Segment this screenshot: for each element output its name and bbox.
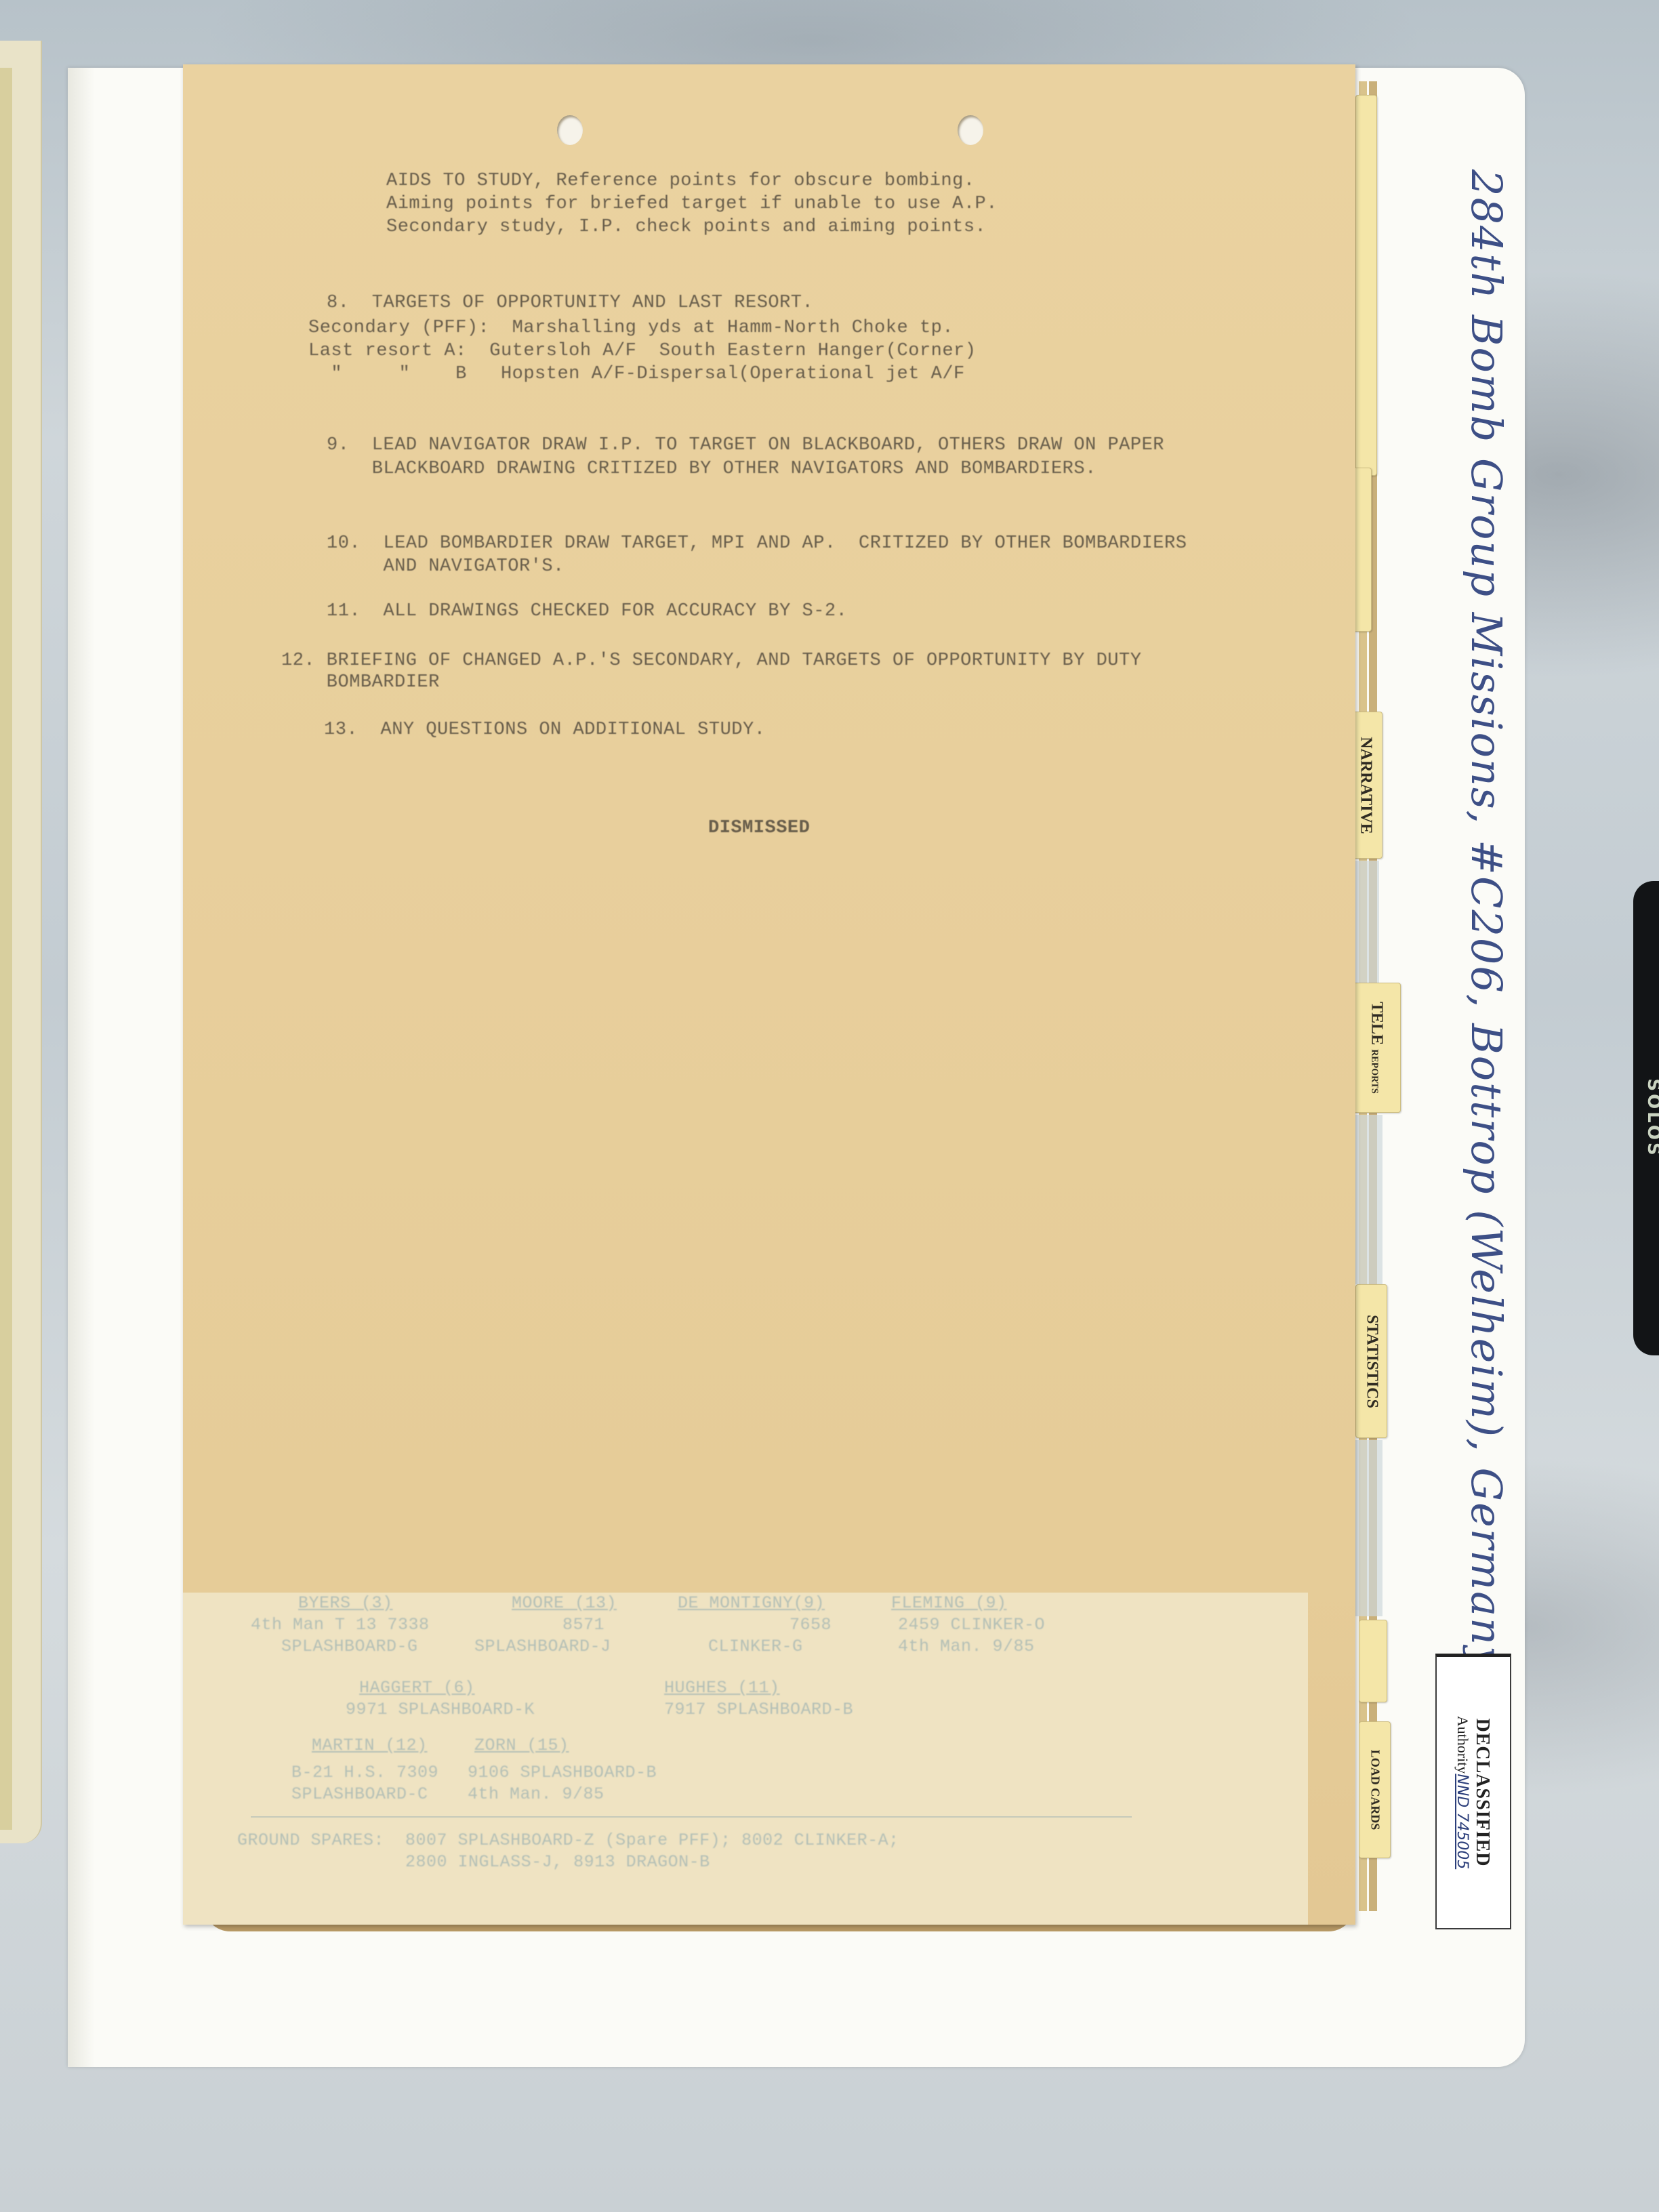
stamp-content: DECLASSIFIED AuthorityNND 745005 (1454, 1716, 1493, 1869)
punch-hole (557, 115, 583, 145)
crew-heading: MARTIN (12) (312, 1735, 428, 1757)
dismissed-text: DISMISSED (708, 817, 810, 840)
tab-label: STATISTICS (1362, 1315, 1380, 1408)
handwritten-text: 284th Bomb Group Missions, #C206, Bottro… (1462, 169, 1511, 1858)
tab-label: TELE REPORTS (1368, 1002, 1386, 1094)
crew-heading: DE MONTIGNY(9) (678, 1593, 825, 1614)
crew-line: 9971 SPLASHBOARD-K (346, 1699, 535, 1721)
handwritten-folder-label: 284th Bomb Group Missions, #C206, Bottro… (1447, 169, 1515, 1647)
aids-to-study-line: AIDS TO STUDY, Reference points for obsc… (386, 169, 975, 192)
crew-line: CLINKER-G (708, 1636, 803, 1658)
scanner-device: SOLOS (1633, 881, 1659, 1355)
folder-crease (68, 68, 95, 2067)
crew-line: B-21 H.S. 7309 (291, 1762, 438, 1784)
crew-heading: MOORE (13) (512, 1593, 617, 1614)
item-12-line: BOMBARDIER (281, 671, 440, 694)
divider-strip (1352, 1115, 1382, 1284)
item-13: 13. ANY QUESTIONS ON ADDITIONAL STUDY. (324, 718, 765, 741)
divider-rule (251, 1816, 1132, 1818)
crew-heading: FLEMING (9) (891, 1593, 1007, 1614)
tab-lower[interactable] (1359, 1620, 1387, 1702)
item-10-line: 10. LEAD BOMBARDIER DRAW TARGET, MPI AND… (327, 532, 1187, 555)
item-8-line: " " B Hopsten A/F-Dispersal(Operational … (308, 363, 965, 386)
tab-tele-reports[interactable]: TELE REPORTS (1352, 983, 1401, 1113)
stamp-authority: AuthorityNND 745005 (1454, 1716, 1471, 1869)
crew-line: SPLASHBOARD-C (291, 1784, 428, 1805)
tab-top[interactable] (1355, 95, 1377, 476)
crew-line: 9106 SPLASHBOARD-B (468, 1762, 657, 1784)
tab-label: LOAD CARDS (1368, 1750, 1382, 1830)
device-brand-label: SOLOS (1643, 1078, 1659, 1158)
ground-spares-line: GROUND SPARES: 8007 SPLASHBOARD-Z (Spare… (237, 1830, 899, 1851)
aids-to-study-line: Secondary study, I.P. check points and a… (386, 216, 986, 239)
item-12-line: 12. BRIEFING OF CHANGED A.P.'S SECONDARY… (281, 649, 1141, 672)
stamp-title: DECLASSIFIED (1471, 1716, 1493, 1869)
crew-line: SPLASHBOARD-G (281, 1636, 418, 1658)
crew-line: 4th Man T 13 7338 (251, 1614, 430, 1636)
document-page: AIDS TO STUDY, Reference points for obsc… (183, 64, 1355, 1925)
tab-statistics[interactable]: STATISTICS (1355, 1284, 1387, 1438)
item-8-line: Last resort A: Gutersloh A/F South Easte… (308, 340, 976, 363)
item-11: 11. ALL DRAWINGS CHECKED FOR ACCURACY BY… (327, 600, 847, 623)
divider-strip (1352, 861, 1379, 983)
crew-line: SPLASHBOARD-J (474, 1636, 611, 1658)
ground-spares-line: 2800 INGLASS-J, 8913 DRAGON-B (237, 1851, 710, 1873)
divider-strip (1355, 1440, 1382, 1616)
crew-line: 7658 (790, 1614, 832, 1636)
crew-heading: HAGGERT (6) (359, 1677, 475, 1699)
crew-line: 2459 CLINKER-O (898, 1614, 1045, 1636)
crew-heading: BYERS (3) (298, 1593, 393, 1614)
item-8-line: Secondary (PFF): Marshalling yds at Hamm… (308, 316, 954, 340)
punch-hole (958, 115, 983, 145)
aids-to-study-line: Aiming points for briefed target if unab… (386, 192, 998, 216)
item-9-line: 9. LEAD NAVIGATOR DRAW I.P. TO TARGET ON… (327, 434, 1164, 457)
crew-heading: ZORN (15) (474, 1735, 569, 1757)
declassified-stamp: DECLASSIFIED AuthorityNND 745005 (1435, 1654, 1511, 1929)
adjacent-folder-sheet (0, 41, 42, 1843)
bleed-through-area: BYERS (3) 4th Man T 13 7338 SPLASHBOARD-… (183, 1593, 1308, 1925)
crew-line: 4th Man. 9/85 (468, 1784, 605, 1805)
item-8-heading: 8. TARGETS OF OPPORTUNITY AND LAST RESOR… (327, 291, 813, 314)
item-9-line: BLACKBOARD DRAWING CRITIZED BY OTHER NAV… (327, 457, 1097, 480)
crew-heading: HUGHES (11) (664, 1677, 780, 1699)
tab-label: NARRATIVE (1357, 737, 1375, 834)
crew-line: 4th Man. 9/85 (898, 1636, 1035, 1658)
adjacent-folder-edge (0, 68, 12, 1830)
tab-load-cards[interactable]: LOAD CARDS (1359, 1721, 1391, 1858)
item-10-line: AND NAVIGATOR'S. (327, 555, 565, 578)
crew-line: 8571 (562, 1614, 605, 1636)
crew-line: 7917 SPLASHBOARD-B (664, 1699, 853, 1721)
